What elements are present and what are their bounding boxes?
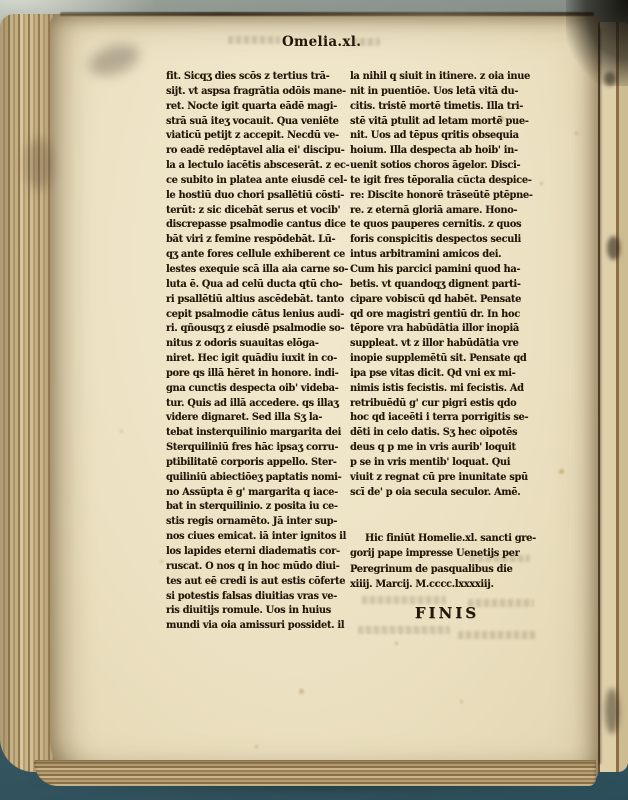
finis-mark: FINIS [355,603,539,623]
stain [605,688,619,734]
text-line: ret. Nocte igit quarta eādē magi- [166,99,331,114]
text-line: scī de' p oia secula seculor. Amē. [350,485,523,500]
text-line: la nihil q siuit in itinere. z oia inue [350,69,523,84]
stain [607,236,620,260]
text-line: intus arbitramini amicos dei. [350,247,523,262]
text-line: gna cunctis despecta oib' videba- [166,381,331,396]
text-line: retribuēdū g' cur pigri estis qdo [350,396,523,411]
text-line: re: Discite honorē trāseūtē ptēpne- [350,188,523,203]
text-line: citis. tristē mortē timetis. Illa tri- [350,99,523,114]
text-line: lestes exequie scā illa aia carne so- [166,262,331,277]
text-line: mundi via oia amissuri possidet. il [166,618,331,633]
corner-shadow [566,0,628,86]
text-line: ro eadē redēptavel alia ei' discipu- [166,143,331,158]
text-line: p se in vris mentib' loquat. Qui [350,455,523,470]
text-line: tur. Quis ad illā accedere. qs illaʒ [166,396,331,411]
colophon: Hic finiūt Homelie.xl. sancti gre-gorij … [350,531,534,593]
text-line: fit. Sicqʒ dies scōs z tertius trā- [166,69,331,84]
ink-showthrough [358,626,450,634]
text-line: uenit sotios choros āgelor. Disci- [350,158,523,173]
text-line: la a lectulo iacētis absceserāt. z ec- [166,158,331,173]
text-line: nos ciues emicat. iā inter ignitos il [166,529,331,544]
text-line: tebat insterquilinio margarita dei [166,425,331,440]
text-line: los lapides eterni diadematis cor- [166,544,331,559]
running-title: Omelia.xl. [282,34,361,50]
text-line: videre dignaret. Sed illa Sʒ la- [166,410,331,425]
text-line: qd ore magistri gentiū dr. In hoc [350,307,523,322]
text-line: viuit z regnat cū pre inunitate spū [350,470,523,485]
text-line: re. z eternā gloriā amare. Hono- [350,203,523,218]
text-line: ipa pse vitas dicit. Qd vni ex mi- [350,366,523,381]
text-line: Cum his parcici pamini quod ha- [350,262,523,277]
text-line: ruscat. O nos q in hoc mūdo diui- [166,559,331,574]
page-bottom-edges [34,760,596,786]
book-photo: Omelia.xl. fit. Sicqʒ dies scōs z tertiu… [0,0,628,800]
text-line: dēti in celo datis. Sʒ hec oipotēs [350,425,523,440]
text-line: hoc qd iaceēti i terra porrigitis se- [350,410,523,425]
text-line: viaticū petijt z accepit. Necdū ve- [166,128,331,143]
text-line: inopie supplemētū sit. Pensate qd [350,351,523,366]
text-line: ptibilitatē corporis appello. Ster- [166,455,331,470]
text-line: nit. Uos ad tēpus qritis obsequia [350,128,523,143]
text-line: foris conspicitis despectos seculi [350,232,523,247]
text-line: qʒ ante fores cellule exhiberent ce [166,247,331,262]
foxing-spots [0,0,3,3]
text-line: bāt viri z femine respōdebāt. Lū- [166,232,331,247]
text-line: hoium. Illa despecta ab hoib' in- [350,143,523,158]
text-line: betis. vt quandoqʒ dignent parti- [350,277,523,292]
text-line: ri. qñousqʒ z eiusdē psalmodie so- [166,321,331,336]
text-line: quiliniū abiectiōeʒ paptatis nomi- [166,470,331,485]
text-line: luta ē. Qua ad celū ducta qtū cho- [166,277,331,292]
text-column-left: fit. Sicqʒ dies scōs z tertius trā-sijt.… [166,69,342,633]
text-line: te igit fres tēporalia cūcta despice- [350,173,523,188]
text-line: nitus z odoris suauitas elōga- [166,336,331,351]
text-line: bat in sterquilinio. z posita iu ce- [166,499,331,514]
text-line: stē vitā ptulit ad letam mortē pue- [350,114,523,129]
text-line: ri psallētiū altius ascēdebāt. tanto [166,292,331,307]
text-line: deus q p me in vris aurib' loquit [350,440,523,455]
page-top-edge [60,12,594,16]
text-line: Hic finiūt Homelie.xl. sancti gre- [350,531,523,546]
text-line: xiiij. Marcij. M.cccc.lxxxxiij. [350,577,523,592]
text-line: nit in puentiōe. Uos letā vitā du- [350,84,523,99]
text-line: cepit psalmodie cātus lenius audi- [166,307,331,322]
text-line: tes aut eē credi is aut estis cōferte [166,574,331,589]
text-line: pore qs illā hēret in honore. indi- [166,366,331,381]
text-line: tēpore vra habūdātia illor inopiā [350,321,523,336]
ink-showthrough [458,631,536,639]
fore-edge-pages [597,22,628,772]
stain [26,138,52,190]
text-line: si potestis falsas diuitias vras ve- [166,589,331,604]
text-line: cipare vobiscū qd habēt. Pensate [350,292,523,307]
text-line: discrepasse psalmodie cantus dice [166,217,331,232]
ink-showthrough [228,36,280,44]
text-line: ce subito in platea ante eiusdē cel- [166,173,331,188]
text-line: sijt. vt aspsa fragrātia odōis mane- [166,84,331,99]
text-line: nimis istis fecistis. mi fecistis. Ad [350,381,523,396]
text-line: niret. Hec igit quādiu iuxit in co- [166,351,331,366]
text-line: Peregrinum de pasqualibus die [350,562,523,577]
text-line: te quos pauperes cernitis. z quos [350,217,523,232]
text-line: no Assūpta ē g' margarita q iace- [166,485,331,500]
text-line: ris diuitijs romule. Uos in huius [166,603,331,618]
text-line: stis regis ornamēto. Jā inter sup- [166,514,331,529]
text-column-right: la nihil q siuit in itinere. z oia inuen… [350,69,534,499]
text-line: suppleat. vt z illor habūdātia vre [350,336,523,351]
text-line: gorij pape impresse Uenetijs per [350,546,523,561]
text-line: le hostiū duo chori psallētiū cōsti- [166,188,331,203]
text-line: Sterquiliniū fres hāc ipsaʒ corru- [166,440,331,455]
text-line: strā suā iteʒ vocauit. Qua veniēte [166,114,331,129]
text-line: terūt: z sic dicebāt serus et vocib' [166,203,331,218]
